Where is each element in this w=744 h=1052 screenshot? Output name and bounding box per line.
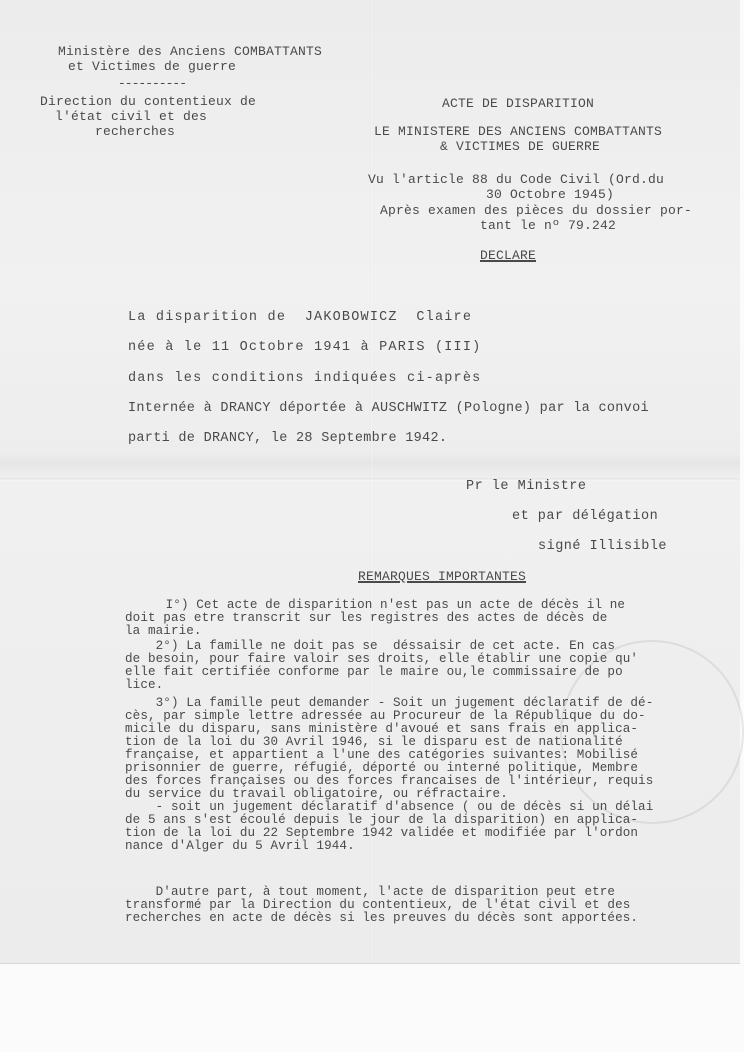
remark-1: I°) Cet acte de disparition n'est pas un… [125,599,725,638]
letterhead-ministry: Ministère des Anciens COMBATTANTS [58,44,322,59]
signature-line-3: signé Illisible [538,540,667,554]
declaration-name: La disparition de JAKOBOWICZ Claire [128,311,472,325]
issuing-ministry-2: & VICTIMES DE GUERRE [440,139,600,154]
legal-basis: Vu l'article 88 du Code Civil (Ord.du [368,172,664,187]
remark-2: 2°) La famille ne doit pas se déssaisir … [125,640,725,692]
dossier-reference: Après examen des pièces du dossier por- [380,203,692,218]
declaration-conditions: dans les conditions indiquées ci-après [128,372,481,386]
fold-crease-horizontal [0,478,740,481]
declare-heading: DECLARE [480,248,536,263]
document-page: Ministère des Anciens COMBATTANTS et Vic… [0,0,740,964]
remark-3: 3°) La famille peut demander - Soit un j… [125,697,725,801]
letterhead-ministry-2: et Victimes de guerre [68,59,236,74]
letterhead-direction-3: recherches [95,124,175,139]
remarks-heading: REMARQUES IMPORTANTES [358,569,526,584]
signature-line-2: et par délégation [512,510,658,524]
letterhead-direction-2: l'état civil et des [55,109,207,124]
letterhead-separator: ---------- [118,76,186,91]
letterhead-direction: Direction du contentieux de [40,94,256,109]
dossier-reference-2: tant le nº 79.242 [480,218,616,233]
document-title: ACTE DE DISPARITION [442,96,594,111]
issuing-ministry: LE MINISTERE DES ANCIENS COMBATTANTS [374,124,662,139]
declaration-birth: née à le 11 Octobre 1941 à PARIS (III) [128,341,481,355]
declaration-convoy: parti de DRANCY, le 28 Septembre 1942. [128,432,447,446]
signature-line-1: Pr le Ministre [466,480,586,494]
remark-closing: D'autre part, à tout moment, l'acte de d… [125,886,725,925]
legal-basis-2: 30 Octobre 1945) [486,187,614,202]
remark-3-alternative: - soit un jugement déclaratif d'absence … [125,801,725,853]
declaration-deportation: Internée à DRANCY déportée à AUSCHWITZ (… [128,402,649,416]
